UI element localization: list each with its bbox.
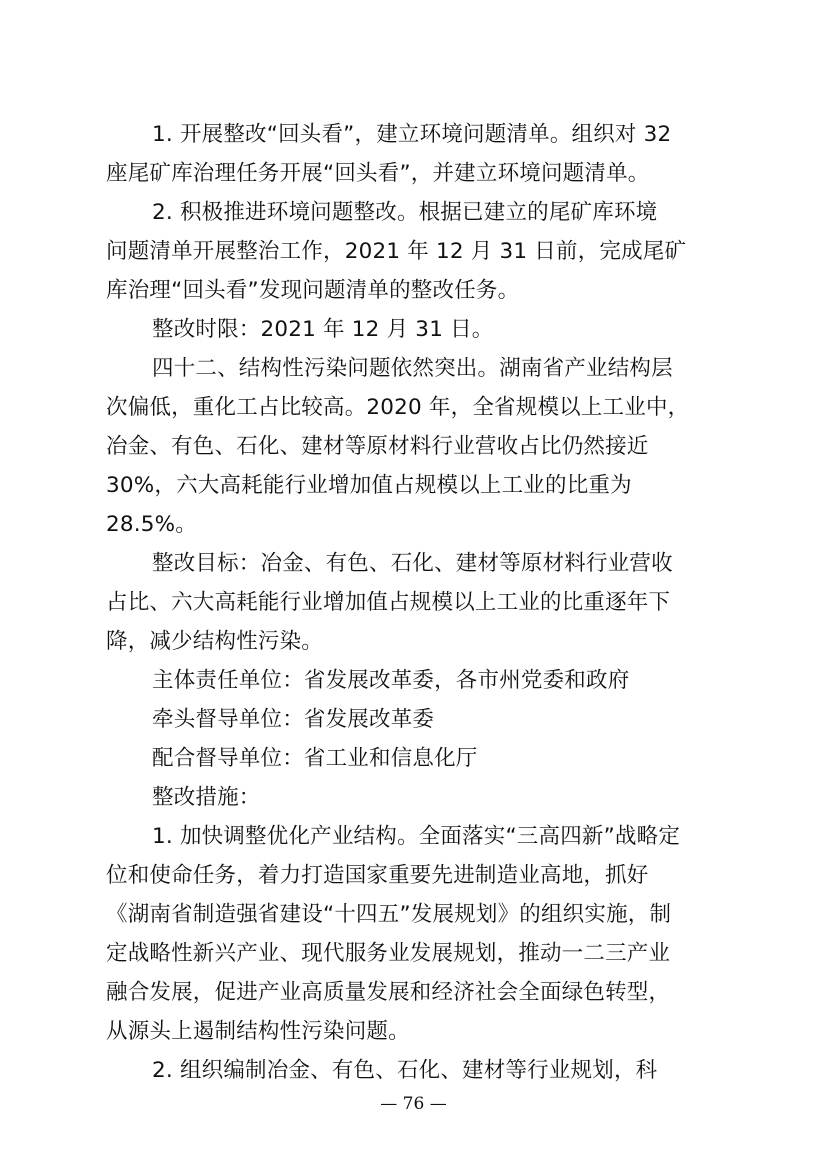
paragraph-line: 2. 组织编制冶金、有色、石化、建材等行业规划，科 xyxy=(152,1057,657,1085)
paragraph-line: 整改措施： xyxy=(152,784,261,812)
paragraph-line: 配合督导单位：省工业和信息化厅 xyxy=(152,745,478,773)
paragraph-line: 定战略性新兴产业、现代服务业发展规划，推动一二三产业 xyxy=(106,940,670,968)
paragraph-line: 位和使命任务，着力打造国家重要先进制造业高地，抓好 xyxy=(106,862,649,890)
paragraph-line: 《湖南省制造强省建设“十四五”发展规划》的组织实施，制 xyxy=(106,901,671,929)
paragraph-line: 占比、六大高耗能行业增加值占规模以上工业的比重逐年下 xyxy=(106,589,670,617)
paragraph-line: 次偏低，重化工占比较高。2020 年，全省规模以上工业中， xyxy=(106,394,689,422)
page-number: — 76 — xyxy=(0,1093,827,1115)
paragraph-line: 2. 积极推进环境问题整改。根据已建立的尾矿库环境 xyxy=(152,199,657,227)
paragraph-line: 1. 开展整改“回头看”，建立环境问题清单。组织对 32 xyxy=(152,121,671,149)
paragraph-line: 整改目标：冶金、有色、石化、建材等原材料行业营收 xyxy=(152,550,673,578)
paragraph-line: 座尾矿库治理任务开展“回头看”，并建立环境问题清单。 xyxy=(106,160,649,188)
section-heading-line: 四十二、结构性污染问题依然突出。湖南省产业结构层 xyxy=(152,355,673,383)
paragraph-line: 冶金、有色、石化、建材等原材料行业营收占比仍然接近 xyxy=(106,433,649,461)
document-page: 1. 开展整改“回头看”，建立环境问题清单。组织对 32 座尾矿库治理任务开展“… xyxy=(0,0,827,1169)
paragraph-line: 1. 加快调整优化产业结构。全面落实“三高四新”战略定 xyxy=(152,823,680,851)
paragraph-line: 28.5%。 xyxy=(106,511,197,539)
paragraph-line: 问题清单开展整治工作，2021 年 12 月 31 日前，完成尾矿 xyxy=(106,238,686,266)
paragraph-line: 整改时限：2021 年 12 月 31 日。 xyxy=(152,316,494,344)
paragraph-line: 主体责任单位：省发展改革委，各市州党委和政府 xyxy=(152,667,629,695)
paragraph-line: 库治理“回头看”发现问题清单的整改任务。 xyxy=(106,277,519,305)
paragraph-line: 30%，六大高耗能行业增加值占规模以上工业的比重为 xyxy=(106,472,632,500)
paragraph-line: 降，减少结构性污染。 xyxy=(106,628,323,656)
paragraph-line: 从源头上遏制结构性污染问题。 xyxy=(106,1018,410,1046)
paragraph-line: 牵头督导单位：省发展改革委 xyxy=(152,706,434,734)
paragraph-line: 融合发展，促进产业高质量发展和经济社会全面绿色转型， xyxy=(106,979,670,1007)
